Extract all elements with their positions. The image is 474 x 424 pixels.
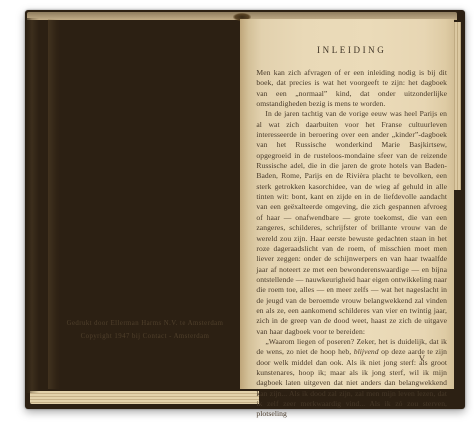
paragraph: In de jaren tachtig van de vorige eeuw w… bbox=[256, 109, 447, 337]
colophon-line-copyright: Copyright 1947 bij Contact - Amsterdam bbox=[54, 330, 237, 343]
chapter-heading: INLEIDING bbox=[256, 45, 447, 55]
left-page: Gedrukt door Ellerman Harms N.V. te Amst… bbox=[33, 19, 240, 389]
page-number: V bbox=[419, 353, 426, 363]
right-page: INLEIDING Men kan zich afvragen of er ee… bbox=[240, 19, 454, 389]
book-photo: Gedrukt door Ellerman Harms N.V. te Amst… bbox=[0, 0, 474, 424]
colophon-line-printer: Gedrukt door Ellerman Harms N.V. te Amst… bbox=[54, 317, 237, 330]
right-page-text-column: INLEIDING Men kan zich afvragen of er ee… bbox=[256, 19, 447, 389]
paragraph: Men kan zich afvragen of er een inleidin… bbox=[256, 68, 447, 109]
colophon: Gedrukt door Ellerman Harms N.V. te Amst… bbox=[54, 317, 237, 343]
bottom-page-edges bbox=[30, 391, 259, 404]
open-spread: Gedrukt door Ellerman Harms N.V. te Amst… bbox=[33, 19, 454, 389]
paragraph: „Waarom liegen of poseren? Zeker, het is… bbox=[256, 337, 447, 420]
body-paragraphs: Men kan zich afvragen of er een inleidin… bbox=[256, 68, 447, 420]
left-cover-shadow bbox=[25, 18, 39, 393]
book-cover: Gedrukt door Ellerman Harms N.V. te Amst… bbox=[25, 10, 465, 409]
